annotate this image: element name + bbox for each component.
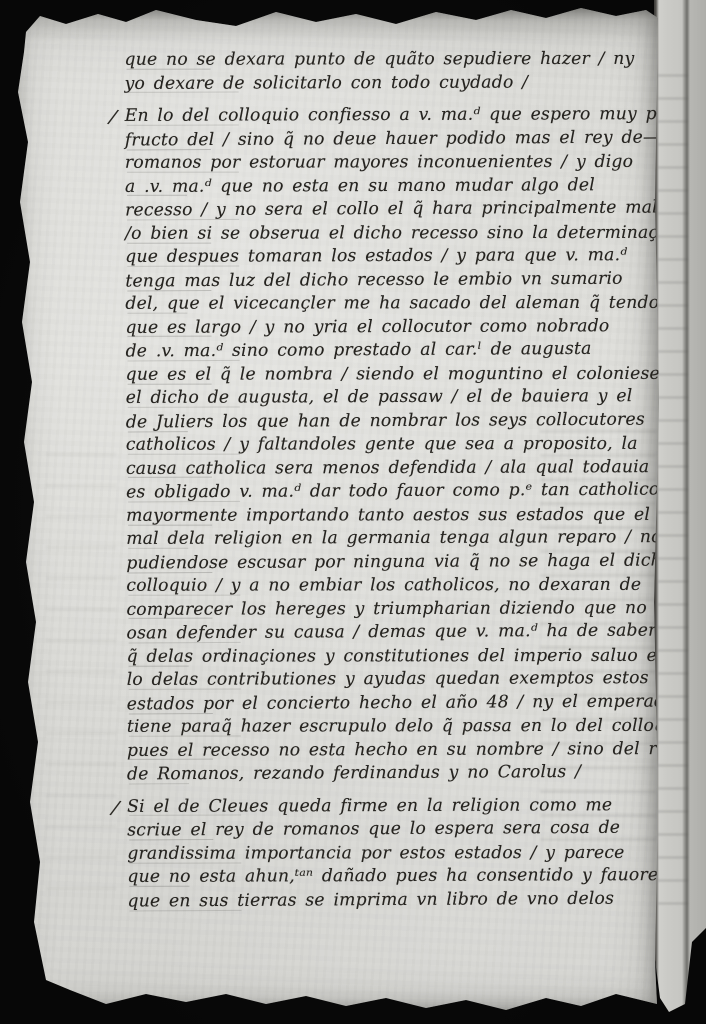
manuscript-line: osan defender su causa / demas que v. ma… [126, 620, 656, 646]
manuscript-line: de .v. ma.ᵈ sino como prestado al car.ˡ … [125, 338, 655, 364]
manuscript-line: Si el de Cleues queda firme en la religi… [127, 794, 657, 819]
paragraph: que no se dexara punto de quãto sepudier… [124, 47, 654, 96]
manuscript-line: a .v. ma.ᵈ que no esta en su mano mudar … [125, 174, 655, 199]
adjacent-page-showthrough [658, 60, 688, 920]
manuscript-line: de Juliers los que han de nombrar los se… [126, 408, 656, 434]
paragraph-mark: / [108, 106, 119, 130]
manuscript-line: que despues tomaran los estados / y para… [125, 244, 655, 269]
manuscript-line: que es largo / y no yria el collocutor c… [125, 315, 655, 340]
manuscript-line: tenga mas luz del dicho recesso le embio… [125, 267, 655, 293]
torn-top-edge [6, 2, 660, 42]
manuscript-line: catholicos / y faltandoles gente que sea… [126, 433, 656, 457]
manuscript-line: causa catholica sera menos defendida / a… [126, 456, 656, 481]
manuscript-line: En lo del colloquio confiesso a v. ma.ᵈ … [125, 103, 655, 128]
manuscript-line: colloquio / y a no embiar los catholicos… [126, 574, 656, 598]
manuscript-page: que no se dexara punto de quãto sepudier… [6, 2, 660, 1016]
manuscript-line: el dicho de augusta, el de passaw / el d… [126, 385, 656, 410]
photograph-backdrop: que no se dexara punto de quãto sepudier… [0, 0, 706, 1024]
paragraph: /En lo del colloquio confiesso a v. ma.ᵈ… [125, 103, 657, 786]
text-block: que no se dexara punto de quãto sepudier… [124, 47, 657, 913]
manuscript-line: que es el q̃ le nombra / siendo el mogun… [126, 362, 656, 386]
manuscript-line: mal dela religion en la germania tenga a… [126, 526, 656, 551]
manuscript-line: romanos por estoruar mayores inconuenien… [125, 151, 655, 175]
paragraph: /Si el de Cleues queda firme en la relig… [127, 794, 657, 913]
manuscript-line: fructo del / sino q̃ no deue hauer podid… [125, 126, 655, 152]
manuscript-line: tiene paraq̃ hazer escrupulo delo q̃ pas… [127, 715, 657, 739]
manuscript-line: del, que el vicecançler me ha sacado del… [125, 292, 655, 316]
manuscript-line: yo dexare de solicitarlo con todo cuydad… [125, 71, 655, 96]
manuscript-line: de Romanos, rezando ferdinandus y no Car… [127, 761, 657, 787]
manuscript-line: que no esta ahun,ᵗᵃⁿ dañado pues ha cons… [127, 864, 657, 889]
manuscript-line: pudiendose escusar por ninguna via q̃ no… [126, 549, 656, 575]
manuscript-line: q̃ delas ordinaçiones y constitutiones d… [127, 644, 657, 668]
adjacent-page-edge [654, 0, 706, 1024]
manuscript-line: recesso / y no sera el collo el q̃ hara … [125, 197, 655, 223]
manuscript-line: lo delas contributiones y ayudas quedan … [127, 667, 657, 692]
manuscript-line: comparecer los hereges y triumpharian di… [126, 597, 656, 622]
manuscript-line: pues el recesso no esta hecho en su nomb… [127, 738, 657, 763]
manuscript-line: grandissima importancia por estos estado… [127, 841, 657, 865]
manuscript-line: estados por el concierto hecho el año 48… [127, 690, 657, 716]
manuscript-line: que no se dexara punto de quãto sepudier… [125, 48, 655, 72]
manuscript-line: que en sus tierras se imprima vn libro d… [127, 887, 657, 913]
manuscript-line: mayormente importando tanto aestos sus e… [126, 503, 656, 527]
manuscript-line: /o bien si se obserua el dicho recesso s… [125, 221, 655, 245]
manuscript-line: es obligado v. ma.ᵈ dar todo fauor como … [126, 479, 656, 505]
ink-showthrough-left [46, 432, 116, 912]
manuscript-line: scriue el rey de romanos que lo espera s… [127, 817, 657, 843]
